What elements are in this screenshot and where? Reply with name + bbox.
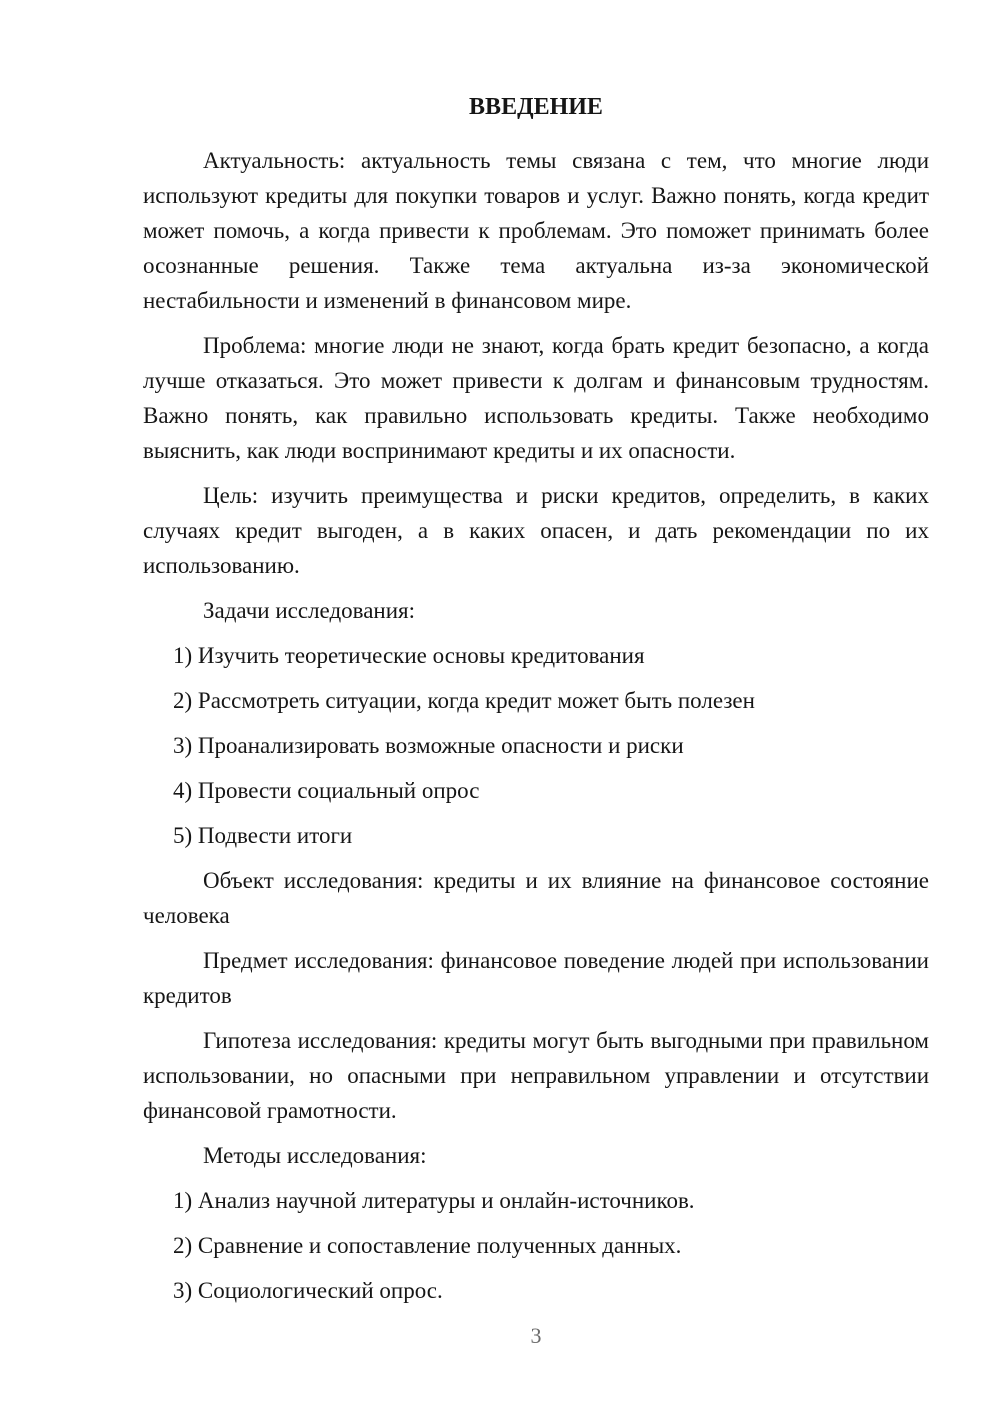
paragraph-subject: Предмет исследования: финансовое поведен… (143, 943, 929, 1013)
method-item-3: 3) Социологический опрос. (173, 1273, 929, 1308)
task-item-5: 5) Подвести итоги (173, 818, 929, 853)
method-item-1: 1) Анализ научной литературы и онлайн-ис… (173, 1183, 929, 1218)
document-title: ВВЕДЕНИЕ (143, 90, 929, 125)
task-item-2: 2) Рассмотреть ситуации, когда кредит мо… (173, 683, 929, 718)
task-item-4: 4) Провести социальный опрос (173, 773, 929, 808)
document-page: ВВЕДЕНИЕ Актуальность: актуальность темы… (0, 0, 1000, 1414)
paragraph-relevance: Актуальность: актуальность темы связана … (143, 143, 929, 318)
task-item-1: 1) Изучить теоретические основы кредитов… (173, 638, 929, 673)
task-item-3: 3) Проанализировать возможные опасности … (173, 728, 929, 763)
page-number: 3 (143, 1318, 929, 1353)
paragraph-object: Объект исследования: кредиты и их влияни… (143, 863, 929, 933)
methods-heading: Методы исследования: (143, 1138, 929, 1173)
tasks-heading: Задачи исследования: (143, 593, 929, 628)
method-item-2: 2) Сравнение и сопоставление полученных … (173, 1228, 929, 1263)
paragraph-goal: Цель: изучить преимущества и риски креди… (143, 478, 929, 583)
paragraph-problem: Проблема: многие люди не знают, когда бр… (143, 328, 929, 468)
paragraph-hypothesis: Гипотеза исследования: кредиты могут быт… (143, 1023, 929, 1128)
